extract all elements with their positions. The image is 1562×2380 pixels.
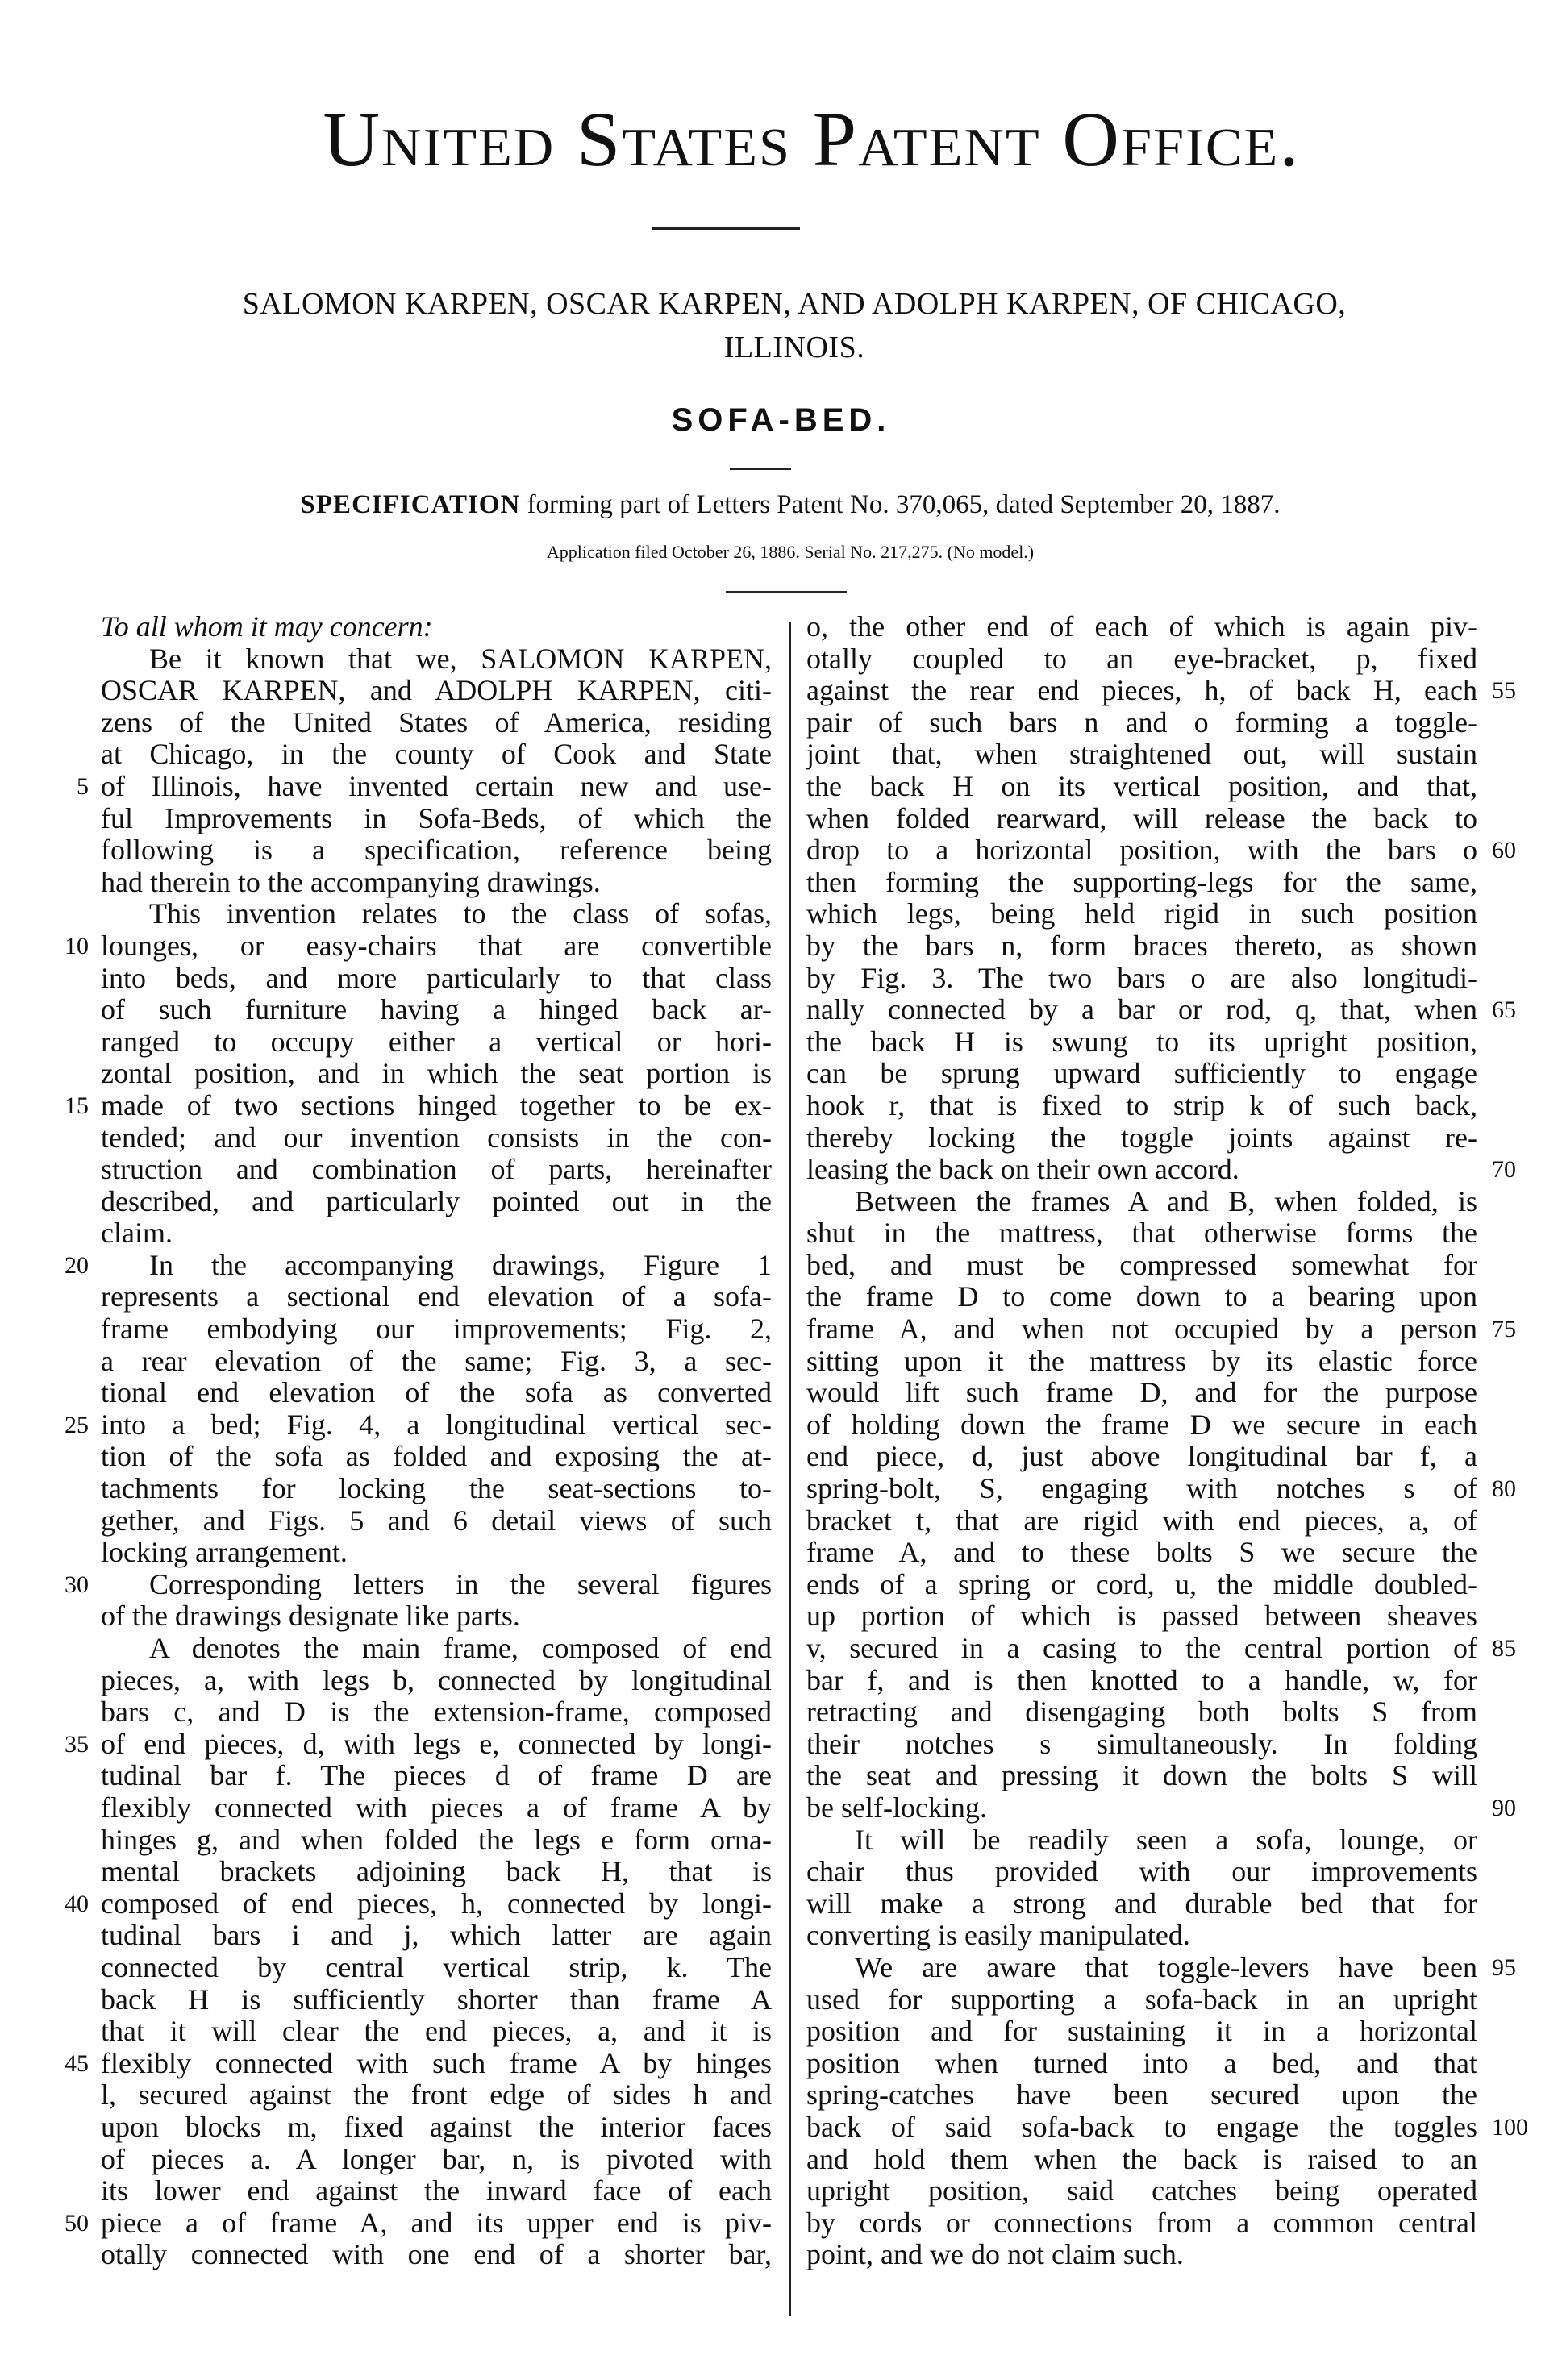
line-number: 85 bbox=[1492, 1633, 1540, 1665]
text-line: ranged to occupy either a vertical or ho… bbox=[101, 1026, 772, 1059]
text-line: o, the other end of each of which is aga… bbox=[806, 611, 1477, 643]
text-line: bracket t, that are rigid with end piece… bbox=[806, 1505, 1477, 1537]
text-line: composed of end pieces, h, connected by … bbox=[101, 1888, 772, 1920]
text-line: the back H is swung to its upright posit… bbox=[806, 1026, 1477, 1059]
text-line: a rear elevation of the same; Fig. 3, a … bbox=[101, 1346, 772, 1378]
text-line: upright position, said catches being ope… bbox=[806, 2175, 1477, 2207]
text-line: frame embodying our improvements; Fig. 2… bbox=[101, 1313, 772, 1346]
text-line: position when turned into a bed, and tha… bbox=[806, 2048, 1477, 2080]
text-line: back of said sofa-back to engage the tog… bbox=[806, 2112, 1477, 2144]
text-line: converting is easily manipulated. bbox=[806, 1920, 1477, 1952]
line-number: 40 bbox=[48, 1888, 89, 1920]
text-line: which legs, being held rigid in such pos… bbox=[806, 898, 1477, 930]
text-line: following is a specification, reference … bbox=[101, 834, 772, 867]
text-line: would lift such frame D, and for the pur… bbox=[806, 1377, 1477, 1409]
inventors-line: SALOMON KARPEN, OSCAR KARPEN, AND ADOLPH… bbox=[81, 282, 1508, 326]
text-line: pair of such bars n and o forming a togg… bbox=[806, 707, 1477, 739]
text-line: up portion of which is passed between sh… bbox=[806, 1600, 1477, 1633]
line-number: 80 bbox=[1492, 1473, 1540, 1505]
text-line: of such furniture having a hinged back a… bbox=[101, 994, 772, 1026]
line-number: 70 bbox=[1492, 1154, 1540, 1186]
text-line: sitting upon it the mattress by its elas… bbox=[806, 1346, 1477, 1378]
application-rule bbox=[726, 591, 847, 593]
specification-line: SPECIFICATION forming part of Letters Pa… bbox=[161, 487, 1419, 522]
text-line: mental brackets adjoining back H, that i… bbox=[101, 1856, 772, 1888]
text-line: A denotes the main frame, composed of en… bbox=[101, 1633, 772, 1665]
text-line: Corresponding letters in the several fig… bbox=[101, 1569, 772, 1601]
line-number: 75 bbox=[1492, 1313, 1540, 1346]
text-line: the back H on its vertical position, and… bbox=[806, 771, 1477, 803]
text-line: ends of a spring or cord, u, the middle … bbox=[806, 1569, 1477, 1601]
text-line: back H is sufficiently shorter than fram… bbox=[101, 1984, 772, 2016]
text-line: Between the frames A and B, when folded,… bbox=[806, 1186, 1477, 1218]
text-line: upon blocks m, fixed against the interio… bbox=[101, 2112, 772, 2144]
text-line: the frame D to come down to a bearing up… bbox=[806, 1281, 1477, 1313]
text-line: pieces, a, with legs b, connected by lon… bbox=[101, 1665, 772, 1697]
text-line: that it will clear the end pieces, a, an… bbox=[101, 2016, 772, 2048]
text-line: struction and combination of parts, here… bbox=[101, 1154, 772, 1186]
inventors-block: SALOMON KARPEN, OSCAR KARPEN, AND ADOLPH… bbox=[81, 282, 1508, 369]
right-column: o, the other end of each of which is aga… bbox=[806, 611, 1477, 2271]
specification-lead: SPECIFICATION bbox=[301, 490, 521, 519]
line-number: 30 bbox=[48, 1569, 89, 1601]
text-line: hinges g, and when folded the legs e for… bbox=[101, 1825, 772, 1857]
text-line: zens of the United States of America, re… bbox=[101, 707, 772, 739]
text-line: In the accompanying drawings, Figure 1 bbox=[101, 1250, 772, 1282]
text-line: piece a of frame A, and its upper end is… bbox=[101, 2207, 772, 2240]
text-line: of the drawings designate like parts. bbox=[101, 1600, 772, 1633]
text-line: hook r, that is fixed to strip k of such… bbox=[806, 1090, 1477, 1122]
text-line: zontal position, and in which the seat p… bbox=[101, 1058, 772, 1090]
text-line: of holding down the frame D we secure in… bbox=[806, 1409, 1477, 1442]
text-line: v, secured in a casing to the central po… bbox=[806, 1633, 1477, 1665]
application-line: Application filed October 26, 1886. Seri… bbox=[242, 540, 1339, 564]
text-line: connected by central vertical strip, k. … bbox=[101, 1952, 772, 1984]
text-line: end piece, d, just above longitudinal ba… bbox=[806, 1441, 1477, 1473]
text-line: when folded rearward, will release the b… bbox=[806, 803, 1477, 835]
text-line: locking arrangement. bbox=[101, 1537, 772, 1569]
text-line: spring-bolt, S, engaging with notches s … bbox=[806, 1473, 1477, 1505]
text-line: claim. bbox=[101, 1217, 772, 1250]
text-line: represents a sectional end elevation of … bbox=[101, 1281, 772, 1313]
text-line: OSCAR KARPEN, and ADOLPH KARPEN, citi- bbox=[101, 675, 772, 707]
text-line: bed, and must be compressed somewhat for bbox=[806, 1250, 1477, 1282]
line-number: 35 bbox=[48, 1729, 89, 1761]
line-number: 55 bbox=[1492, 675, 1540, 707]
text-line: of end pieces, d, with legs e, connected… bbox=[101, 1729, 772, 1761]
specification-details: forming part of Letters Patent No. 370,0… bbox=[520, 490, 1280, 519]
text-line: We are aware that toggle-levers have bee… bbox=[806, 1952, 1477, 1984]
text-line: their notches s simultaneously. In foldi… bbox=[806, 1729, 1477, 1761]
text-line: chair thus provided with our improvement… bbox=[806, 1856, 1477, 1888]
text-line: of pieces a. A longer bar, n, is pivoted… bbox=[101, 2144, 772, 2176]
text-line: leasing the back on their own accord. bbox=[806, 1154, 1477, 1186]
line-number: 95 bbox=[1492, 1952, 1540, 1984]
text-line: otally connected with one end of a short… bbox=[101, 2239, 772, 2271]
office-title: United States Patent Office. bbox=[211, 95, 1412, 184]
text-line: flexibly connected with pieces a of fram… bbox=[101, 1792, 772, 1825]
text-line: tion of the sofa as folded and exposing … bbox=[101, 1441, 772, 1473]
text-line: l, secured against the front edge of sid… bbox=[101, 2079, 772, 2112]
line-number: 65 bbox=[1492, 994, 1540, 1026]
text-line: used for supporting a sofa-back in an up… bbox=[806, 1984, 1477, 2016]
text-line: bar f, and is then knotted to a handle, … bbox=[806, 1665, 1477, 1697]
text-line: retracting and disengaging both bolts S … bbox=[806, 1696, 1477, 1729]
text-line: thereby locking the toggle joints agains… bbox=[806, 1122, 1477, 1155]
column-divider bbox=[789, 622, 791, 2316]
text-line: made of two sections hinged together to … bbox=[101, 1090, 772, 1122]
text-line: by the bars n, form braces thereto, as s… bbox=[806, 930, 1477, 963]
text-line: lounges, or easy-chairs that are convert… bbox=[101, 930, 772, 963]
text-line: by cords or connections from a common ce… bbox=[806, 2207, 1477, 2240]
text-line: and hold them when the back is raised to… bbox=[806, 2144, 1477, 2176]
line-number: 15 bbox=[48, 1090, 89, 1122]
text-line: then forming the supporting-legs for the… bbox=[806, 867, 1477, 899]
text-line: frame A, and to these bolts S we secure … bbox=[806, 1537, 1477, 1569]
text-line: bars c, and D is the extension-frame, co… bbox=[101, 1696, 772, 1729]
text-line: into beds, and more particularly to that… bbox=[101, 963, 772, 995]
text-line: can be sprung upward sufficiently to eng… bbox=[806, 1058, 1477, 1090]
line-number: 20 bbox=[48, 1250, 89, 1282]
text-line: nally connected by a bar or rod, q, that… bbox=[806, 994, 1477, 1026]
text-line: tional end elevation of the sofa as conv… bbox=[101, 1377, 772, 1409]
text-line: will make a strong and durable bed that … bbox=[806, 1888, 1477, 1920]
line-number: 5 bbox=[48, 771, 89, 803]
text-line: point, and we do not claim such. bbox=[806, 2239, 1477, 2271]
text-line: flexibly connected with such frame A by … bbox=[101, 2048, 772, 2080]
left-column: To all whom it may concern: Be it known … bbox=[101, 611, 772, 2271]
line-number: 45 bbox=[48, 2048, 89, 2080]
line-number: 50 bbox=[48, 2207, 89, 2240]
text-line: joint that, when straightened out, will … bbox=[806, 739, 1477, 771]
text-line: gether, and Figs. 5 and 6 detail views o… bbox=[101, 1505, 772, 1537]
text-line: of Illinois, have invented certain new a… bbox=[101, 771, 772, 803]
text-line: the seat and pressing it down the bolts … bbox=[806, 1760, 1477, 1792]
text-line: had therein to the accompanying drawings… bbox=[101, 867, 772, 899]
patent-subject: SOFA-BED. bbox=[0, 400, 1562, 440]
text-line: tudinal bar f. The pieces d of frame D a… bbox=[101, 1760, 772, 1792]
text-line: tudinal bars i and j, which latter are a… bbox=[101, 1920, 772, 1952]
line-number: 25 bbox=[48, 1409, 89, 1442]
text-line: against the rear end pieces, h, of back … bbox=[806, 675, 1477, 707]
text-line: by Fig. 3. The two bars o are also longi… bbox=[806, 963, 1477, 995]
subject-rule bbox=[730, 468, 791, 470]
text-line: drop to a horizontal position, with the … bbox=[806, 834, 1477, 867]
text-line: described, and particularly pointed out … bbox=[101, 1186, 772, 1218]
title-rule bbox=[652, 227, 800, 230]
text-line: tachments for locking the seat-sections … bbox=[101, 1473, 772, 1505]
text-line: position and for sustaining it in a hori… bbox=[806, 2016, 1477, 2048]
text-line: It will be readily seen a sofa, lounge, … bbox=[806, 1825, 1477, 1857]
line-number: 10 bbox=[48, 930, 89, 963]
text-line: Be it known that we, SALOMON KARPEN, bbox=[101, 643, 772, 676]
line-number: 60 bbox=[1492, 834, 1540, 867]
text-line: at Chicago, in the county of Cook and St… bbox=[101, 739, 772, 771]
text-line: into a bed; Fig. 4, a longitudinal verti… bbox=[101, 1409, 772, 1442]
salutation: To all whom it may concern: bbox=[101, 611, 772, 643]
text-line: frame A, and when not occupied by a pers… bbox=[806, 1313, 1477, 1346]
text-line: otally coupled to an eye-bracket, p, fix… bbox=[806, 643, 1477, 676]
text-line: spring-catches have been secured upon th… bbox=[806, 2079, 1477, 2112]
text-line: be self-locking. bbox=[806, 1792, 1477, 1825]
text-line: its lower end against the inward face of… bbox=[101, 2175, 772, 2207]
text-line: ful Improvements in Sofa-Beds, of which … bbox=[101, 803, 772, 835]
text-line: shut in the mattress, that otherwise for… bbox=[806, 1217, 1477, 1250]
line-number: 90 bbox=[1492, 1792, 1540, 1825]
text-line: tended; and our invention consists in th… bbox=[101, 1122, 772, 1155]
inventors-location: ILLINOIS. bbox=[81, 326, 1508, 369]
line-number: 100 bbox=[1492, 2112, 1540, 2144]
text-line: This invention relates to the class of s… bbox=[101, 898, 772, 930]
